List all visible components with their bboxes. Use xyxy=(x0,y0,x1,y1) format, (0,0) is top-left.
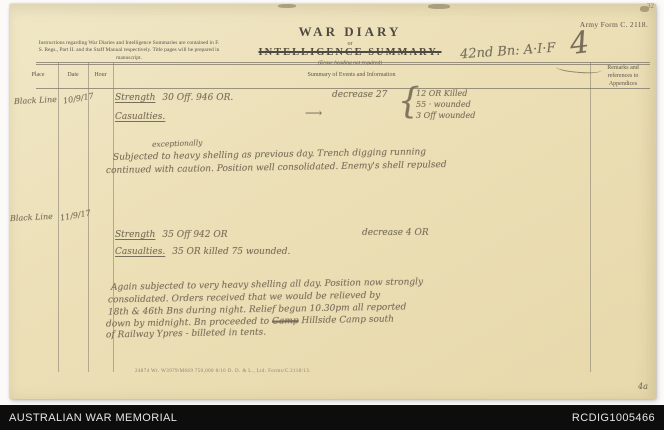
decrease-note: decrease 27 xyxy=(332,90,387,100)
decrease-note: decrease 4 OR xyxy=(362,228,429,238)
column-header-place: Place xyxy=(18,72,58,78)
column-header-remarks-line: Remarks and xyxy=(592,65,654,73)
casualties-value: 35 OR killed 75 wounded. xyxy=(172,247,290,257)
strength-label: Strength xyxy=(115,93,155,103)
page-number-handwritten: 4 xyxy=(568,25,591,62)
table-header-rule xyxy=(36,88,650,89)
column-header-remarks-line: Appendices xyxy=(592,81,654,89)
column-header-remarks: Remarks and references to Appendices xyxy=(592,65,654,88)
struck-word: Camp xyxy=(272,316,299,326)
entry-strength-line: Strength30 Off. 946 OR. xyxy=(115,93,233,103)
column-header-remarks-line: references to xyxy=(592,73,654,81)
printers-imprint: 24874 Wt. W3979/M669 750,000 8/16 D. D. … xyxy=(135,369,311,374)
column-divider-summary-remarks xyxy=(590,62,591,372)
entry-date: 11/9/17 xyxy=(59,208,91,222)
column-divider-place-date xyxy=(58,62,59,372)
strength-value: 35 Off 942 OR xyxy=(162,230,227,240)
strength-label: Strength xyxy=(115,230,155,240)
form-instructions: Instructions regarding War Diaries and I… xyxy=(38,40,220,62)
corner-pencil-mark: 32 xyxy=(647,2,654,10)
casualties-label: Casualties. xyxy=(115,247,165,257)
table-top-rule-double xyxy=(36,64,650,65)
table-top-rule xyxy=(36,62,650,63)
casualties-label: Casualties. xyxy=(115,112,165,122)
paper-tear-mark xyxy=(278,4,296,8)
paper-tear-mark xyxy=(428,4,450,9)
arrow-mark: ⟶ xyxy=(305,106,322,120)
corner-pencil-mark-bottom: 4a xyxy=(638,382,648,391)
document-scan-viewer: Army Form C. 2118. 32 WAR DIARY or INTEL… xyxy=(0,0,664,430)
entry-date: 10/9/17 xyxy=(62,91,94,105)
archive-institution-label: AUSTRALIAN WAR MEMORIAL xyxy=(9,412,177,424)
casualty-bracket-line: 3 Off wounded xyxy=(416,111,475,120)
archive-reference-id: RCDIG1005466 xyxy=(572,412,655,424)
diary-note-line: of Railway Ypres - billeted in tents. xyxy=(106,328,266,341)
note-text: Hillside Camp south xyxy=(299,314,395,326)
entry-strength-line: Strength35 Off 942 OR xyxy=(115,230,228,240)
column-header-date: Date xyxy=(58,72,88,78)
caret-insertion: exceptionally xyxy=(152,138,203,149)
casualty-bracket-line: 12 OR Killed xyxy=(416,89,467,98)
entry-casualties-line: Casualties.35 OR killed 75 wounded. xyxy=(115,247,290,257)
archive-footer-bar: AUSTRALIAN WAR MEMORIAL RCDIG1005466 xyxy=(0,405,664,430)
form-title: WAR DIARY xyxy=(180,24,520,40)
war-diary-page: Army Form C. 2118. 32 WAR DIARY or INTEL… xyxy=(10,4,656,399)
entry-place: Black Line xyxy=(14,95,57,106)
casualty-bracket-line: 55 · wounded xyxy=(416,100,471,109)
column-header-summary: Summary of Events and Information xyxy=(113,72,590,78)
entry-place: Black Line xyxy=(10,212,53,223)
strength-value: 30 Off. 946 OR. xyxy=(162,93,233,103)
column-header-hour: Hour xyxy=(88,72,113,78)
diary-note-line: continued with caution. Position well co… xyxy=(106,160,447,176)
form-number: Army Form C. 2118. xyxy=(580,20,648,29)
